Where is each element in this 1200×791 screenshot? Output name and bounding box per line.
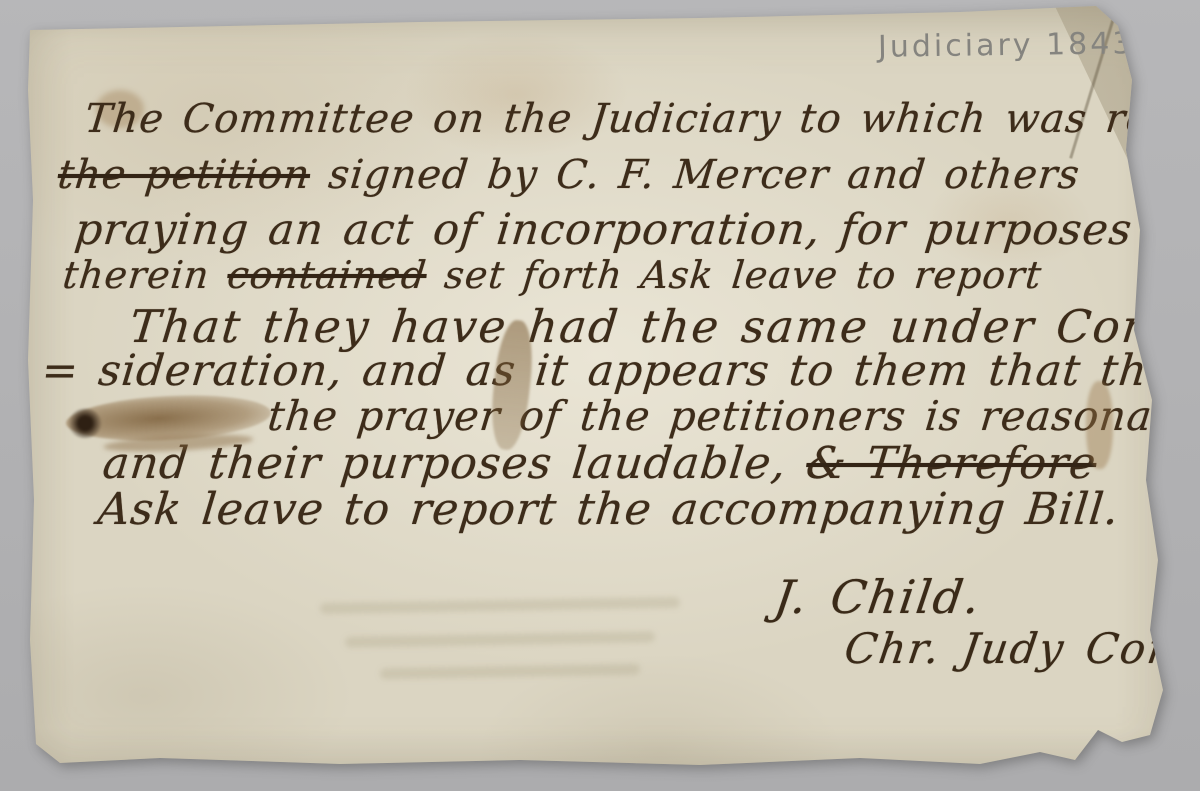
paper-shadow: Judiciary 1843 The Committee on the Judi… [0,0,1200,791]
manuscript-line: the prayer of the petitioners is reasona… [265,392,1200,440]
bleed-through-text [380,664,640,680]
handwritten-text: the prayer of the petitioners is reasona… [265,392,1200,440]
manuscript-line: Ask leave to report the accompanying Bil… [95,484,1122,535]
bleed-through-text [345,631,655,647]
handwritten-text: praying an act of incorporation, for pur… [72,205,1134,255]
handwritten-text: The Committee on the Judiciary to which … [83,96,1200,142]
pencil-annotation: Judiciary 1843 [878,26,1135,65]
struck-text: & Therefore [804,438,1099,489]
manuscript-line: therein contained set forth Ask leave to… [61,253,1044,297]
manuscript-line: praying an act of incorporation, for pur… [72,205,1134,255]
handwritten-text: therein [61,253,230,297]
handwritten-text: = sideration, and as it appears to them … [39,346,1176,396]
handwritten-text: set forth Ask leave to report [424,253,1044,297]
manuscript-line: the petition signed by C. F. Mercer and … [56,152,1083,198]
ink-smudge-right [1086,381,1113,469]
handwritten-text: Ask leave to report the accompanying Bil… [95,484,1122,535]
manuscript-line: The Committee on the Judiciary to which … [83,96,1200,142]
signature-title: Chr. Judy Com. [842,624,1200,673]
manuscript-line: = sideration, and as it appears to them … [39,346,1176,396]
ink-blot [65,391,272,446]
bleed-through-text [320,597,680,614]
manuscript-line: and their purposes laudable, & Therefore [100,438,1099,489]
handwritten-text: signed by C. F. Mercer and others [308,152,1083,198]
struck-text: contained [225,253,429,297]
scan-background: Judiciary 1843 The Committee on the Judi… [0,0,1200,791]
manuscript-paper: Judiciary 1843 The Committee on the Judi… [0,0,1200,791]
struck-text: the petition [56,152,313,198]
signature-name: J. Child. [771,570,985,624]
